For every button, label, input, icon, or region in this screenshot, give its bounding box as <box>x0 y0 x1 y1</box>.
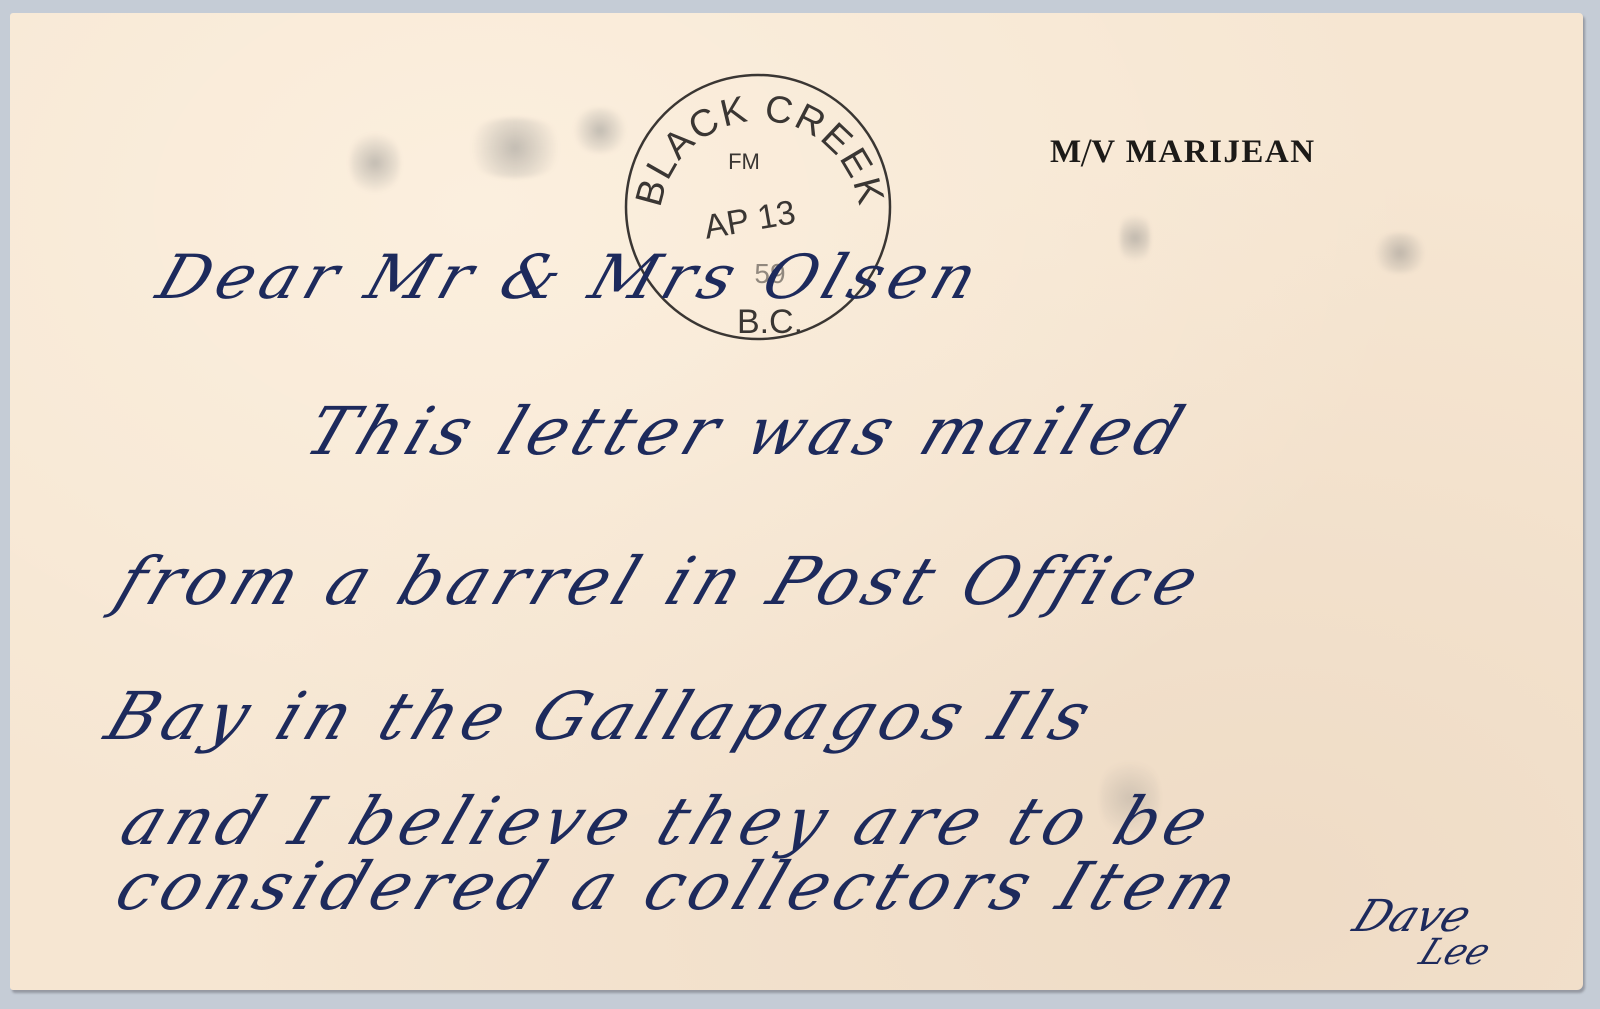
ink-smudge <box>1120 208 1150 268</box>
postmark-time: FM <box>728 149 760 174</box>
message-line: Bay in the Gallapagos Ils <box>96 678 1107 755</box>
postcard: M/V MARIJEAN BLACK CREEK FM AP 13 59 B.C… <box>10 13 1583 990</box>
heading-slash: / <box>1081 130 1094 175</box>
message-line: from a barrel in Post Office <box>106 543 1215 620</box>
svg-text:BLACK CREEK: BLACK CREEK <box>628 87 892 210</box>
message-line: This letter was mailed <box>296 393 1199 470</box>
postmark-date: AP 13 <box>701 193 798 246</box>
greeting: Dear Mr & Mrs Olsen <box>149 243 992 313</box>
signature: Dave Lee <box>1333 891 1513 973</box>
ink-smudge <box>1370 233 1430 273</box>
heading-prefix: M <box>1050 134 1083 170</box>
heading-suffix: V MARIJEAN <box>1091 134 1315 170</box>
ink-smudge <box>570 108 630 153</box>
postmark-town: BLACK CREEK <box>628 87 892 210</box>
ink-smudge <box>350 128 400 198</box>
message-line: considered a collectors Item <box>106 848 1254 925</box>
vessel-heading: M/V MARIJEAN <box>1050 125 1316 172</box>
ink-smudge <box>460 118 570 178</box>
